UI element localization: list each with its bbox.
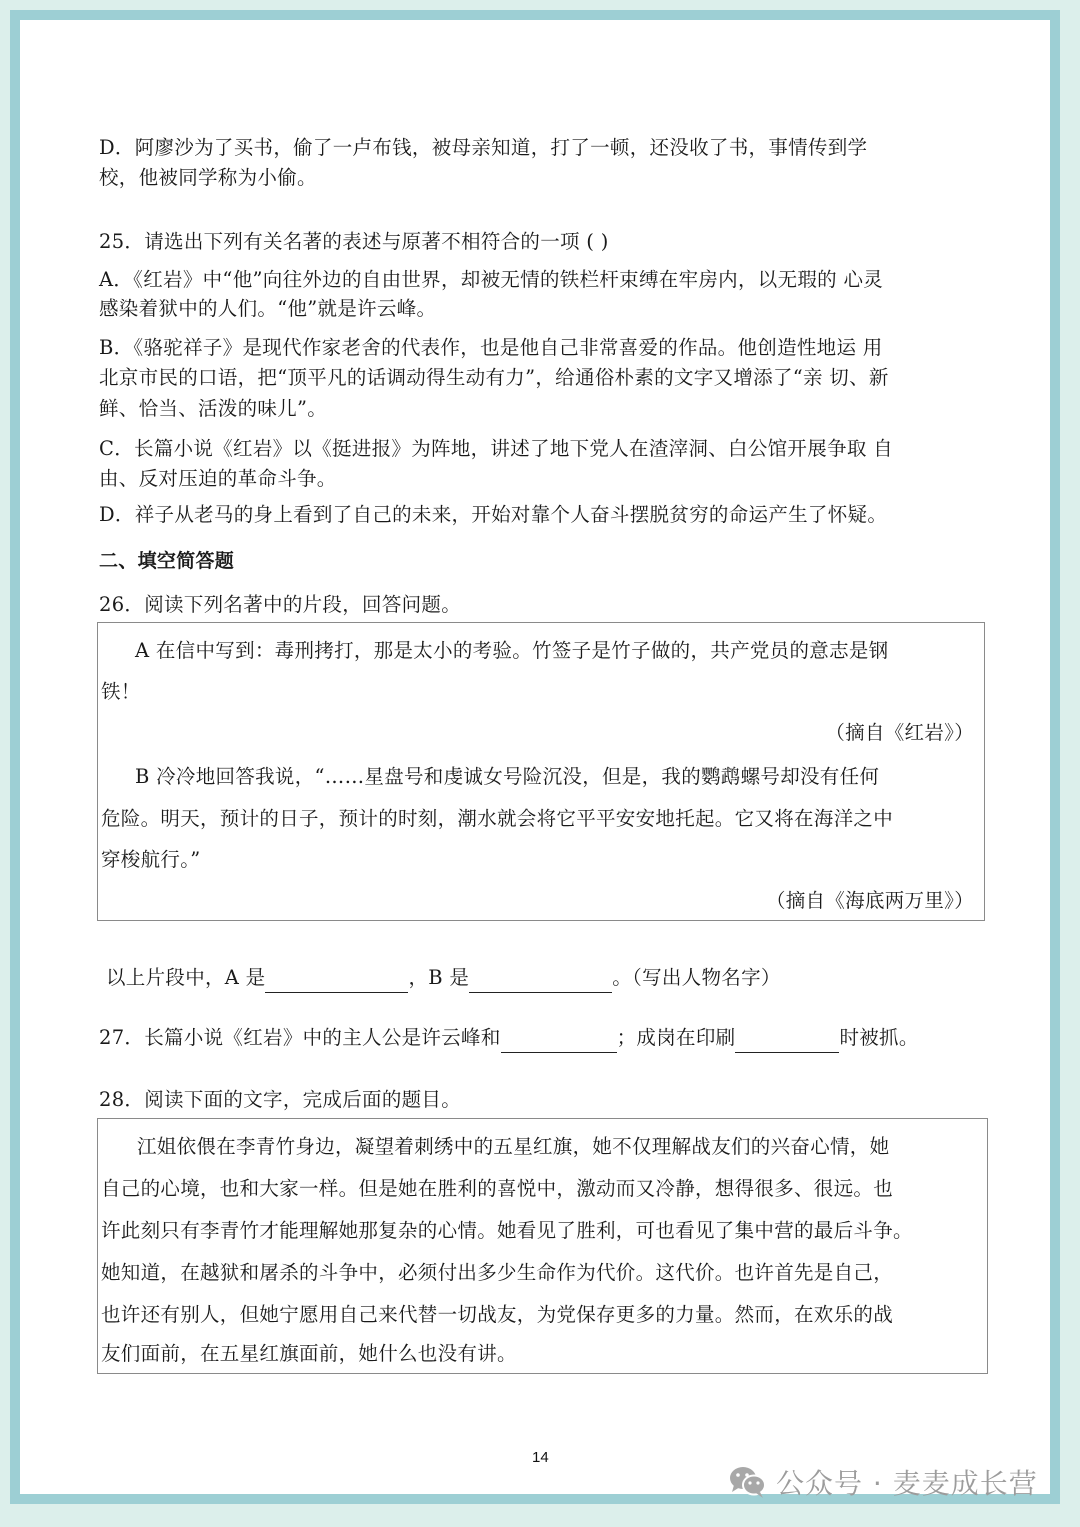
q24-option-d-line1: D．阿廖沙为了买书，偷了一卢布钱，被母亲知道，打了一顿，还没收了书，事情传到学 [99,133,867,163]
q26-prompt-end: 。（写出人物名字） [612,966,780,989]
q25-option-b-line1: B．《骆驼祥子》是现代作家老舍的代表作，也是他自己非常喜爱的作品。他创造性地运 … [99,333,883,363]
q27-part3: 时被抓。 [839,1026,918,1049]
q28-passage-line2: 自己的心境，也和大家一样。但是她在胜利的喜悦中，激动而又冷静，想得很多、很远。也 [101,1174,893,1204]
page-number: 14 [532,1449,549,1466]
q26-passage-a-line2: 铁！ [101,677,141,707]
q26-answer-prompt: 以上片段中，A 是，B 是。（写出人物名字） [106,963,781,993]
q28-passage-line5: 也许还有别人，但她宁愿用自己来代替一切战友，为党保存更多的力量。然而，在欢乐的战 [101,1300,893,1330]
q26-passage-b-line1: B 冷冷地回答我说，“……星盘号和虔诚女号险沉没，但是，我的鹦鹉螺号却没有任何 [135,762,879,792]
q26-passage-b-source: （摘自《海底两万里》） [766,886,974,916]
q27-part2: ；成岗在印刷 [617,1026,736,1049]
q25-option-c-line2: 由、反对压迫的革命斗争。 [99,464,337,494]
q28-passage-line6: 友们面前，在五星红旗面前，她什么也没有讲。 [101,1339,517,1369]
q26-prompt-b: ，B 是 [408,966,469,989]
q26-blank-a[interactable] [265,972,408,993]
q25-option-d: D．祥子从老马的身上看到了自己的未来，开始对靠个人奋斗摆脱贫穷的命运产生了怀疑。 [99,500,887,530]
q25-option-b-line3: 鲜、恰当、活泼的味儿”。 [99,394,327,424]
q27-blank-1[interactable] [501,1032,617,1053]
q26-stem: 26．阅读下列名著中的片段，回答问题。 [99,590,461,620]
q28-passage-line4: 她知道，在越狱和屠杀的斗争中，必须付出多少生命作为代价。这代价。也许首先是自己， [101,1258,893,1288]
q25-option-a-line2: 感染着狱中的人们。“他”就是许云峰。 [99,294,436,324]
q24-option-d-line2: 校，他被同学称为小偷。 [99,163,317,193]
q25-option-b-line2: 北京市民的口语，把“顶平凡的话调动得生动有力”，给通俗朴素的文字又增添了“亲 切… [99,363,889,393]
q26-passage-a-source: （摘自《红岩》） [825,718,974,748]
q28-stem: 28．阅读下面的文字，完成后面的题目。 [99,1085,461,1115]
q27: 27．长篇小说《红岩》中的主人公是许云峰和；成岗在印刷时被抓。 [99,1023,919,1053]
q26-passage-box: A 在信中写到：毒刑拷打，那是太小的考验。竹签子是竹子做的，共产党员的意志是钢 … [97,622,985,921]
q26-passage-b-line2: 危险。明天，预计的日子，预计的时刻，潮水就会将它平平安安地托起。它又将在海洋之中 [101,804,893,834]
watermark-text: 公众号 · 麦麦成长营 [776,1462,1038,1502]
wechat-icon [728,1465,768,1499]
watermark: 公众号 · 麦麦成长营 [728,1462,1038,1502]
q28-passage-line1: 江姐依偎在李青竹身边，凝望着刺绣中的五星红旗，她不仅理解战友们的兴奋心情，她 [137,1132,889,1162]
q26-prompt-a: 以上片段中，A 是 [106,966,265,989]
q25-option-a-line1: A．《红岩》中“他”向往外边的自由世界，却被无情的铁栏杆束缚在牢房内，以无瑕的 … [99,265,883,295]
q28-passage-box: 江姐依偎在李青竹身边，凝望着刺绣中的五星红旗，她不仅理解战友们的兴奋心情，她 自… [97,1118,988,1374]
q26-blank-b[interactable] [469,972,612,993]
q27-part1: 27．长篇小说《红岩》中的主人公是许云峰和 [99,1026,501,1049]
q26-passage-a-line1: A 在信中写到：毒刑拷打，那是太小的考验。竹签子是竹子做的，共产党员的意志是钢 [135,636,888,666]
q25-stem: 25．请选出下列有关名著的表述与原著不相符合的一项 ( ) [99,227,609,257]
q25-option-c-line1: C．长篇小说《红岩》以《挺进报》为阵地，讲述了地下党人在渣滓洞、白公馆开展争取 … [99,434,893,464]
q27-blank-2[interactable] [735,1032,839,1053]
section-title: 二、填空简答题 [99,546,234,576]
q26-passage-b-line3: 穿梭航行。” [101,845,201,875]
q28-passage-line3: 许此刻只有李青竹才能理解她那复杂的心情。她看见了胜利，可也看见了集中营的最后斗争… [101,1216,913,1246]
